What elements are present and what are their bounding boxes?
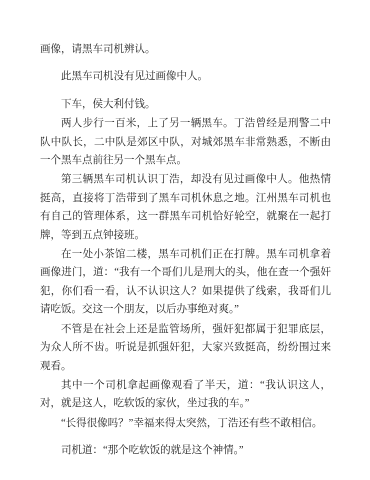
reader-page[interactable]: 画像，请黑车司机辨认。 此黑车司机没有见过画像中人。 下车，侯大利付钱。 两人步… [0,0,370,480]
paragraph: 下车，侯大利付钱。 [40,96,331,114]
paragraph: 不管是在社会上还是监管场所，强奸犯都属于犯罪底层，为众人所不齿。听说是抓强奸犯，… [40,321,331,376]
paragraph: 司机道：“那个吃软饭的就是这个神情。” [40,442,331,460]
paragraph: “长得很像吗？”幸福来得太突然，丁浩还有些不敢相信。 [40,415,331,433]
paragraph: 其中一个司机拿起画像观看了半天，道：“我认识这人，对，就是这人，吃软饭的家伙，坐… [40,377,331,414]
paragraph: 在一处小茶馆二楼，黑车司机们正在打牌。黑车司机拿着画像进门，道：“我有一个哥们儿… [40,246,331,320]
paragraph: 第三辆黑车司机认识丁浩，却没有见过画像中人。他热情挺高，直接将丁浩带到了黑车司机… [40,171,331,245]
paragraph: 画像，请黑车司机辨认。 [40,41,331,59]
paragraph: 此黑车司机没有见过画像中人。 [40,68,331,86]
paragraph: 两人步行一百米，上了另一辆黑车。丁浩曾经是刑警二中队中队长，二中队是郊区中队，对… [40,115,331,170]
